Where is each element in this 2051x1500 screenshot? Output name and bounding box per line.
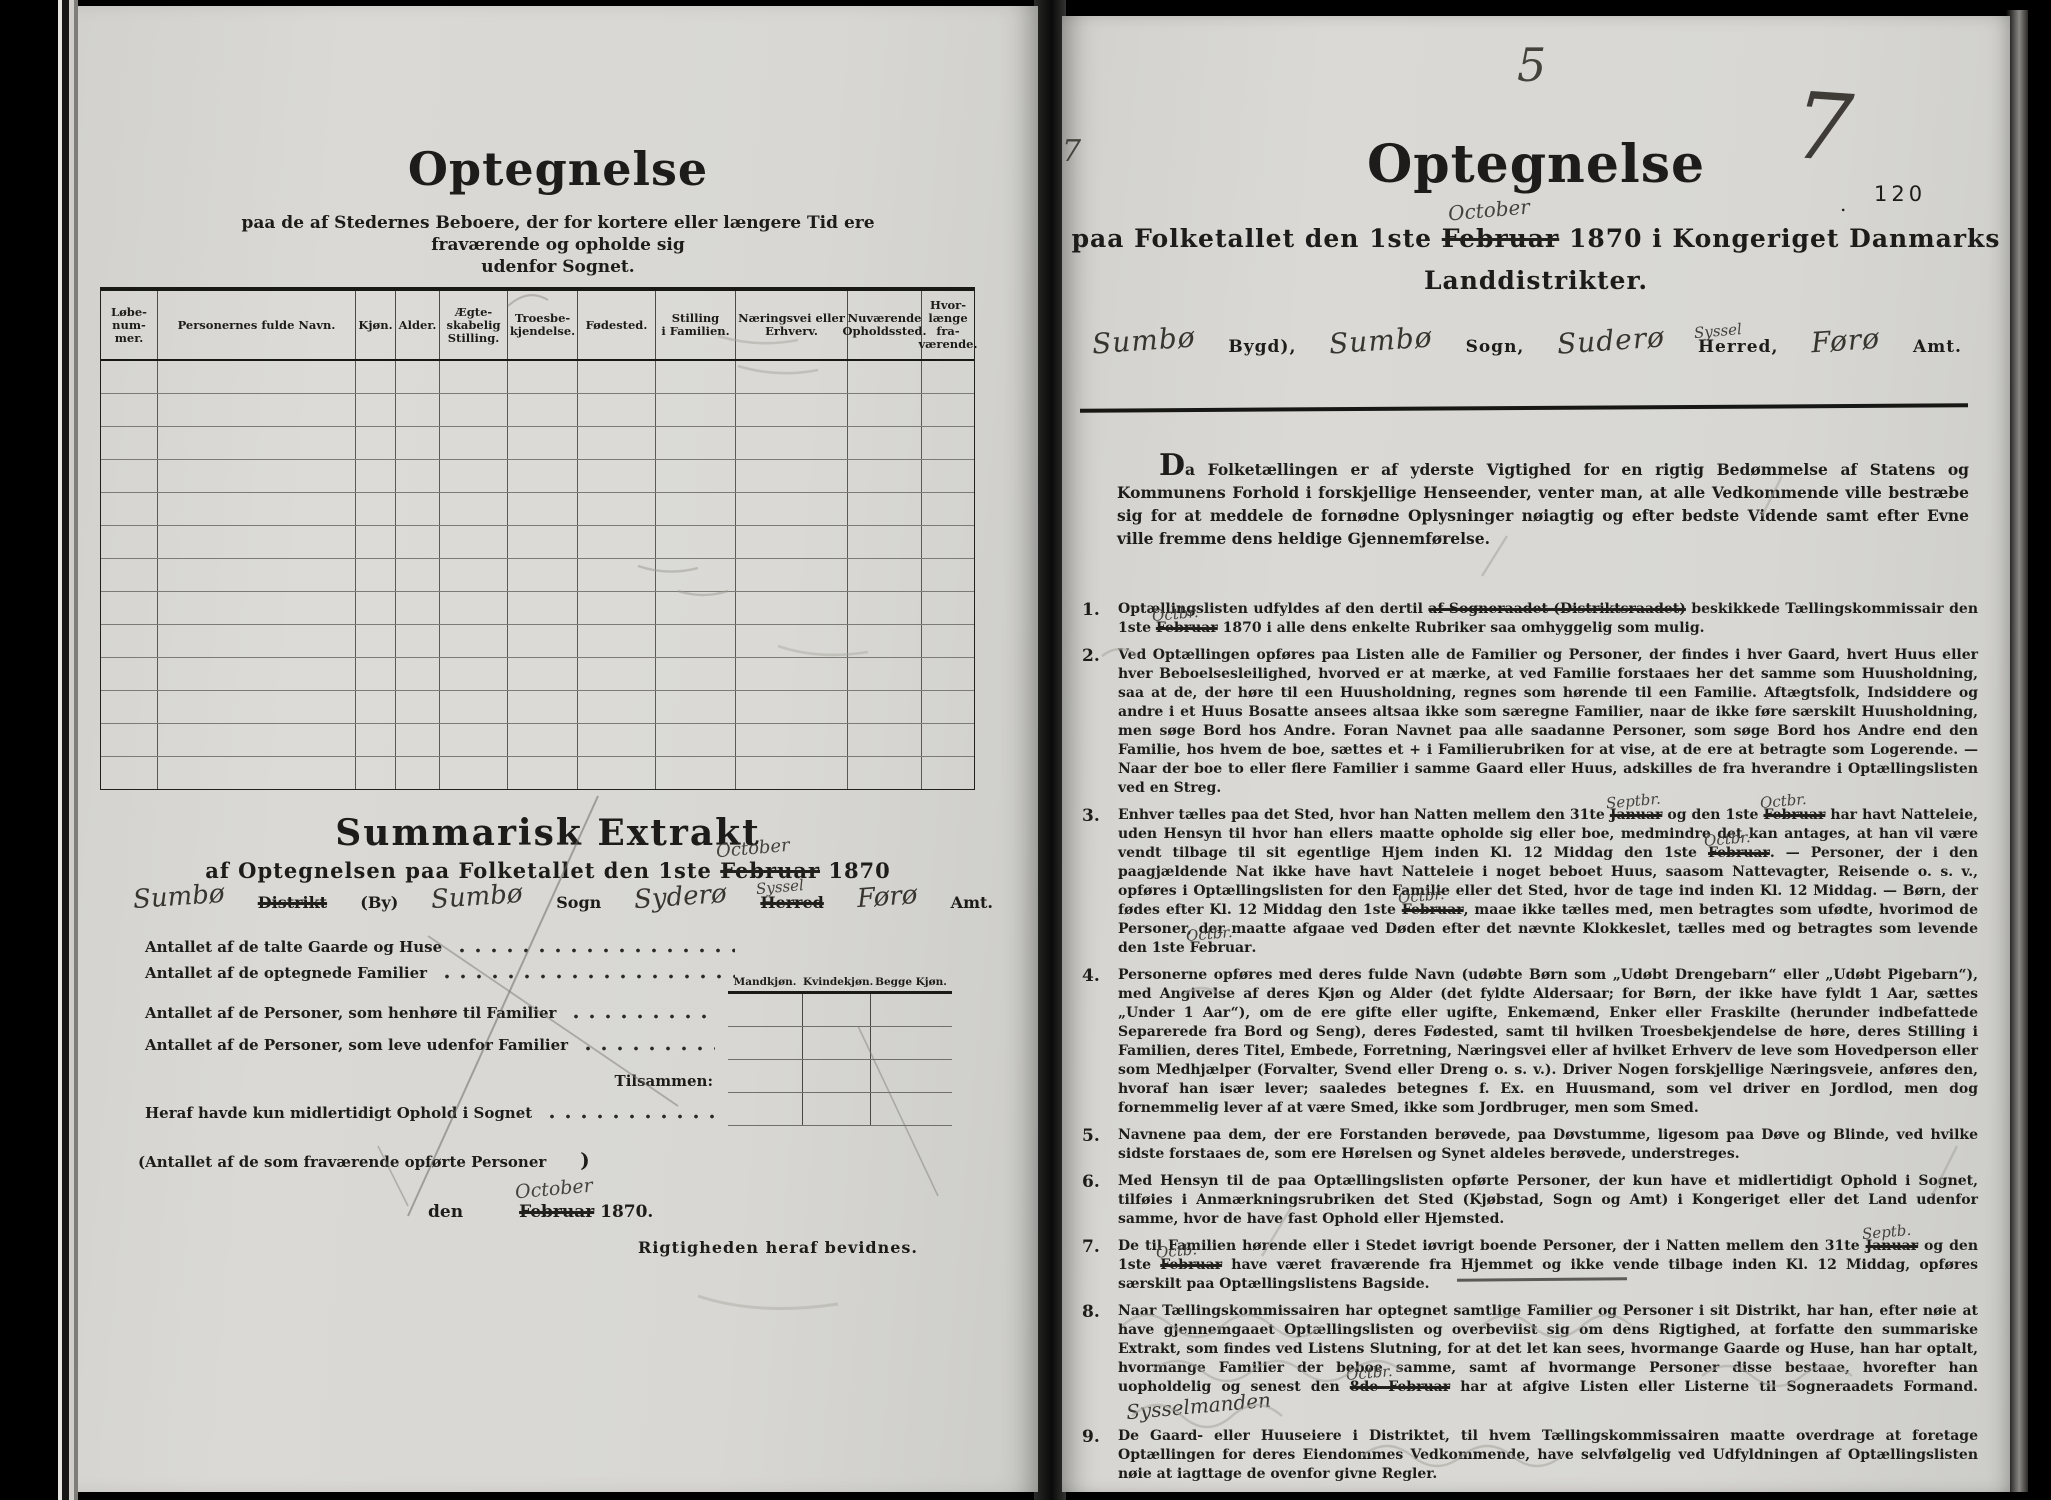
empty-cell [577,724,655,756]
empty-cell [101,526,157,558]
corrected-text: FebruarOctober [519,1202,594,1222]
item-number: 3. [1082,806,1118,958]
empty-cell [395,625,439,657]
empty-cell [655,724,735,756]
table-row [101,427,974,460]
summary-label: Antallet af de Personer, som henhøre til… [145,1004,556,1022]
printed-text: 1870 i alle dens enkelte Rubriker saa om… [1218,620,1705,636]
empty-cell [847,361,921,393]
column-header: Personernes fulde Navn. [157,291,355,359]
corrected-text: FebruarOctbr. [1708,845,1770,861]
summary-line-families: Antallet af de optegnede Familier [145,964,745,982]
empty-cell [101,691,157,723]
printed-text: Personerne opføres med deres fulde Navn … [1118,967,1978,1116]
empty-cell [507,691,577,723]
corrected-text: FebruarOctbr. [1402,902,1464,918]
empty-cell [655,460,735,492]
empty-cell [735,526,847,558]
empty-cell [157,691,355,723]
empty-cell [101,724,157,756]
empty-cell [101,625,157,657]
handwritten-correction: October [514,1175,593,1204]
empty-cell [101,493,157,525]
empty-cell [395,493,439,525]
empty-cell [507,724,577,756]
empty-cell [847,427,921,459]
handwritten-correction: Octbr. [1151,603,1199,626]
empty-cell [577,361,655,393]
summary-line-total: Tilsammen: [508,1072,713,1090]
handwritten-correction: Octb. [1155,1240,1198,1263]
empty-cell [655,394,735,426]
empty-cell [355,493,395,525]
empty-cell [355,394,395,426]
empty-cell [439,394,507,426]
handwritten-correction: Octbr. [1397,885,1445,908]
right-page: 7 5 7 . 120 Optegnelse paa Folketallet d… [1062,16,2010,1492]
empty-cell [439,493,507,525]
date-month-year: FebruarOctober 1870. [519,1202,653,1222]
corrected-text: Herred,Syssel [1698,337,1778,357]
empty-cell [655,361,735,393]
empty-cell [157,394,355,426]
item-text: Enhver tælles paa det Sted, hvor han Nat… [1118,806,1978,958]
printed-text: har at afgive Listen eller Listerne til … [1450,1379,1978,1395]
empty-cell [395,724,439,756]
instruction-item: 4.Personerne opføres med deres fulde Nav… [1082,966,1978,1118]
item-number: 5. [1082,1126,1118,1164]
empty-cell [577,757,655,789]
corrected-text: FebruarOctbr. [1764,807,1826,823]
empty-cell [655,757,735,789]
empty-cell [735,757,847,789]
empty-cell [847,625,921,657]
empty-cell [655,559,735,591]
item-text: De Gaard- eller Huuseiere i Distriktet, … [1118,1427,1978,1484]
empty-cell [847,724,921,756]
corrected-text: HerredSyssel [760,893,824,912]
empty-cell [439,625,507,657]
empty-cell [507,361,577,393]
empty-cell [921,493,974,525]
empty-cell [395,757,439,789]
empty-cell [735,592,847,624]
empty-cell [157,724,355,756]
corrected-text: FebruarOctb. [1160,1257,1222,1273]
empty-cell [395,460,439,492]
table-row [101,394,974,427]
instruction-item: 6.Med Hensyn til de paa Optællingslisten… [1082,1172,1978,1229]
handwritten-entry: Sumbø [431,879,524,915]
sex-column-header: Kvindekjøn. [802,973,870,991]
handwritten-entry: Suderø [1556,320,1666,360]
handwritten-correction: Octbr. [1703,828,1751,851]
empty-cell [921,361,974,393]
ink-dot: . [1840,192,1846,216]
printed-text: De Gaard- eller Huuseiere i Distriktet, … [1118,1428,1978,1482]
empty-cell [577,592,655,624]
empty-cell [921,460,974,492]
empty-cell [577,559,655,591]
empty-cell [355,658,395,690]
column-header: Nuværende Opholdssted. [847,291,921,359]
scanner-background-right [2026,0,2051,1500]
empty-cell [395,394,439,426]
item-number: 2. [1082,646,1118,798]
summary-label: Antallet af de optegnede Familier [145,964,427,982]
handwritten-entry: Sumbø [1328,320,1434,360]
empty-cell [921,526,974,558]
empty-cell [355,427,395,459]
item-text: De til Familien hørende eller i Stedet i… [1118,1237,1978,1294]
empty-cell [395,658,439,690]
empty-cell [101,559,157,591]
column-header: Løbe- num- mer. [101,291,157,359]
summary-line-houses: Antallet af de talte Gaarde og Huse [145,938,745,956]
empty-cell [921,724,974,756]
summary-label: Heraf havde kun midlertidigt Ophold i So… [145,1104,532,1122]
left-page-subtitle: paa de af Stedernes Beboere, der for kor… [188,212,928,278]
empty-cell [847,658,921,690]
handwritten-entry: Førø [856,880,918,914]
corrected-text: 8de FebruarOctbr. [1350,1379,1450,1395]
empty-cell [395,559,439,591]
table-body [101,361,974,789]
summary-line-temporary: Heraf havde kun midlertidigt Ophold i So… [145,1104,725,1122]
empty-cell [847,559,921,591]
empty-cell [157,526,355,558]
printed-text: paa Folketallet den 1ste [1072,224,1442,253]
empty-cell [507,493,577,525]
dotted-leader [439,971,735,980]
absent-persons-table: Løbe- num- mer.Personernes fulde Navn.Kj… [100,287,975,790]
sex-tally-row [728,1060,952,1093]
empty-cell [507,625,577,657]
printed-text: Navnene paa dem, der ere Forstanden berø… [1118,1127,1978,1162]
empty-cell [655,427,735,459]
table-row [101,625,974,658]
empty-cell [735,724,847,756]
handwritten-entry: Sysselmanden [1125,1391,1271,1423]
empty-cell [157,427,355,459]
table-header-row: Løbe- num- mer.Personernes fulde Navn.Kj… [101,291,974,361]
item-text: Naar Tællingskommissairen har optegnet s… [1118,1302,1978,1419]
empty-cell [101,592,157,624]
item-text: Personerne opføres med deres fulde Navn … [1118,966,1978,1118]
empty-cell [355,592,395,624]
instruction-item: 1.Optællingslisten udfyldes af den derti… [1082,600,1978,638]
empty-cell [921,559,974,591]
instruction-item: 5.Navnene paa dem, der ere Forstanden be… [1082,1126,1978,1164]
printed-text: af Sogneraadet (Distriktsraadet) [1428,601,1685,617]
corrected-text: JanuarSeptbr. [1610,807,1663,823]
scanner-background-bottom [0,1491,2051,1500]
empty-cell [655,691,735,723]
empty-cell [439,592,507,624]
empty-cell [847,526,921,558]
empty-cell [921,394,974,426]
item-text: Optællingslisten udfyldes af den dertil … [1118,600,1978,638]
empty-cell [507,460,577,492]
horizontal-rule [1080,403,1968,412]
summary-label: (Antallet af de som fraværende opførte P… [138,1153,546,1171]
empty-cell [847,460,921,492]
printed-text: 1870 i Kongeriget Danmarks [1559,224,2000,253]
attestation-line: Rigtigheden heraf bevidnes. [638,1238,918,1257]
empty-cell [735,658,847,690]
empty-cell [355,724,395,756]
dotted-leader [454,945,735,954]
empty-cell [577,625,655,657]
sex-tally-row [728,1027,952,1060]
closing-paren: ) [580,1148,589,1172]
empty-cell [157,625,355,657]
table-row [101,757,974,789]
empty-cell [847,394,921,426]
handwritten-entry: Sumbø [1091,320,1197,360]
item-number: 8. [1082,1302,1118,1419]
printed-text: af Optegnelsen paa Folketallet den 1ste [205,858,720,883]
empty-cell [507,592,577,624]
table-row [101,592,974,625]
summary-extract-heading: Summarisk Extrakt [198,812,898,854]
district-line-right: SumbøBygd),SumbøSogn,SuderøHerred,Syssel… [1092,324,1962,357]
table-row [101,361,974,394]
empty-cell [395,592,439,624]
empty-cell [355,460,395,492]
right-page-subtitle-line2: Landdistrikter. [1062,266,2010,295]
item-number: 6. [1082,1172,1118,1229]
printed-text: Amt. [951,893,993,912]
empty-cell [157,757,355,789]
empty-cell [655,526,735,558]
printed-text: Med Hensyn til de paa Optællingslisten o… [1118,1173,1978,1227]
printed-text: . [1252,940,1257,956]
summary-line-persons-in-families: Antallet af de Personer, som henhøre til… [145,1004,725,1022]
handwritten-correction: Octbr. [1345,1362,1393,1385]
empty-cell [395,526,439,558]
empty-cell [439,361,507,393]
printed-text: Sogn [556,893,601,912]
column-header: Fødested. [577,291,655,359]
empty-cell [577,394,655,426]
printed-text: De til Familien hørende eller i Stedet i… [1118,1238,1866,1254]
corrected-text: FebruarOctbr. [1190,940,1252,956]
empty-cell [655,658,735,690]
empty-cell [847,691,921,723]
date-line: denFebruarOctober 1870. [428,1202,653,1222]
item-text: Navnene paa dem, der ere Forstanden berø… [1118,1126,1978,1164]
date-word-den: den [428,1202,463,1222]
empty-cell [439,658,507,690]
instruction-list: 1.Optællingslisten udfyldes af den derti… [1082,600,1978,1492]
empty-cell [735,625,847,657]
scanner-background-left [0,0,58,1500]
printed-text: (By) [360,893,398,912]
intro-paragraph: Da Folketællingen er af yderste Vigtighe… [1117,454,1969,550]
empty-cell [847,757,921,789]
column-header: Hvor- længe fra- værende. [921,291,974,359]
empty-cell [157,592,355,624]
summary-line-persons-outside: Antallet af de Personer, som leve udenfo… [145,1036,725,1054]
empty-cell [921,592,974,624]
handwritten-correction: Octbr. [1185,923,1233,946]
empty-cell [655,493,735,525]
empty-cell [507,394,577,426]
left-page-title: Optegnelse [78,142,1038,196]
page-stack-edge [62,0,69,1500]
corrected-text: FebruarOctober [1442,224,1560,253]
printed-text: Enhver tælles paa det Sted, hvor han Nat… [1118,807,1610,823]
sex-column-header: Mandkjøn. [728,973,802,991]
column-header: Stilling i Familien. [655,291,735,359]
empty-cell [735,493,847,525]
table-row [101,658,974,691]
right-page-title: Optegnelse [1062,134,2010,195]
empty-cell [921,757,974,789]
empty-cell [735,559,847,591]
empty-cell [355,559,395,591]
empty-cell [921,625,974,657]
item-text: Med Hensyn til de paa Optællingslisten o… [1118,1172,1978,1229]
empty-cell [157,493,355,525]
empty-cell [655,625,735,657]
table-row [101,559,974,592]
empty-cell [847,493,921,525]
handwritten-correction: Octbr. [1759,790,1807,813]
item-text: Ved Optællingen opføres paa Listen alle … [1118,646,1978,798]
empty-cell [439,757,507,789]
sex-column-header: Begge Kjøn. [870,973,952,991]
dotted-leader [580,1043,715,1052]
instruction-item: 8.Naar Tællingskommissairen har optegnet… [1082,1302,1978,1419]
printed-text: Distrikt [258,893,327,912]
empty-cell [157,559,355,591]
empty-cell [507,427,577,459]
left-page: Optegnelse paa de af Stedernes Beboere, … [78,6,1038,1492]
empty-cell [735,691,847,723]
sex-tally-table: Mandkjøn.Kvindekjøn.Begge Kjøn. [728,973,952,1126]
empty-cell [395,427,439,459]
handwritten-entry: Førø [1810,322,1881,360]
printed-text: Bygd), [1228,337,1296,357]
empty-cell [439,691,507,723]
empty-cell [735,394,847,426]
empty-cell [735,427,847,459]
empty-cell [101,658,157,690]
empty-cell [577,493,655,525]
empty-cell [355,625,395,657]
empty-cell [355,526,395,558]
empty-cell [655,592,735,624]
empty-cell [101,427,157,459]
empty-cell [577,460,655,492]
empty-cell [355,691,395,723]
item-number: 4. [1082,966,1118,1118]
sex-tally-row [728,994,952,1027]
column-header: Troesbe- kjendelse. [507,291,577,359]
empty-cell [439,427,507,459]
printed-text: Ved Optællingen opføres paa Listen alle … [1118,647,1978,796]
empty-cell [921,691,974,723]
empty-cell [157,460,355,492]
printed-text: 1870. [594,1202,653,1222]
empty-cell [101,757,157,789]
printed-text: have været fraværende fra Hjemmet og ikk… [1118,1257,1978,1292]
scanned-book-spread: Optegnelse paa de af Stedernes Beboere, … [0,0,2051,1500]
summary-label: Antallet af de Personer, som leve udenfo… [145,1036,568,1054]
dotted-leader [568,1011,715,1020]
handwritten-entry: Sumbø [132,879,225,915]
empty-cell [577,691,655,723]
empty-cell [157,658,355,690]
empty-cell [921,658,974,690]
column-header: Næringsvei eller Erhverv. [735,291,847,359]
district-line-left: SumbøDistrikt(By)SumbøSognSyderøHerredSy… [133,882,993,912]
empty-cell [577,526,655,558]
summary-label: Antallet af de talte Gaarde og Huse [145,938,442,956]
column-header: Ægte- skabelig Stilling. [439,291,507,359]
handwritten-five: 5 [1517,38,1546,92]
empty-cell [577,658,655,690]
handwritten-entry: Syderø [634,879,728,915]
corrected-text: FebruarOctbr. [1156,620,1218,636]
instruction-item: 9.De Gaard- eller Huuseiere i Distriktet… [1082,1427,1978,1484]
printed-text: og den 1ste [1662,807,1763,823]
dotted-leader [544,1111,715,1120]
table-row [101,493,974,526]
summary-line-absent: (Antallet af de som fraværende opførte P… [138,1148,590,1172]
empty-cell [507,526,577,558]
table-row [101,526,974,559]
column-header: Alder. [395,291,439,359]
empty-cell [395,361,439,393]
empty-cell [507,559,577,591]
printed-text: Sogn, [1466,337,1525,357]
empty-cell [439,526,507,558]
empty-cell [355,361,395,393]
item-number: 1. [1082,600,1118,638]
table-row [101,724,974,757]
empty-cell [577,427,655,459]
instruction-item: 2.Ved Optællingen opføres paa Listen all… [1082,646,1978,798]
item-number: 7. [1082,1237,1118,1294]
empty-cell [507,658,577,690]
sex-tally-header: Mandkjøn.Kvindekjøn.Begge Kjøn. [728,973,952,994]
handwritten-correction: October [1447,194,1531,225]
empty-cell [101,460,157,492]
empty-cell [157,361,355,393]
table-row [101,691,974,724]
item-number: 9. [1082,1427,1118,1484]
empty-cell [101,361,157,393]
empty-cell [439,559,507,591]
empty-cell [847,592,921,624]
printed-text: 1870 [820,858,891,883]
empty-cell [439,460,507,492]
empty-cell [355,757,395,789]
right-page-subtitle-line1: paa Folketallet den 1ste FebruarOctober … [1062,224,2010,253]
corrected-text: JanuarSeptb. [1866,1238,1919,1254]
printed-text: Amt. [1913,337,1962,357]
empty-cell [101,394,157,426]
table-row [101,460,974,493]
empty-cell [507,757,577,789]
empty-cell [921,427,974,459]
sex-tally-row [728,1093,952,1126]
instruction-item: 3.Enhver tælles paa det Sted, hvor han N… [1082,806,1978,958]
empty-cell [439,724,507,756]
